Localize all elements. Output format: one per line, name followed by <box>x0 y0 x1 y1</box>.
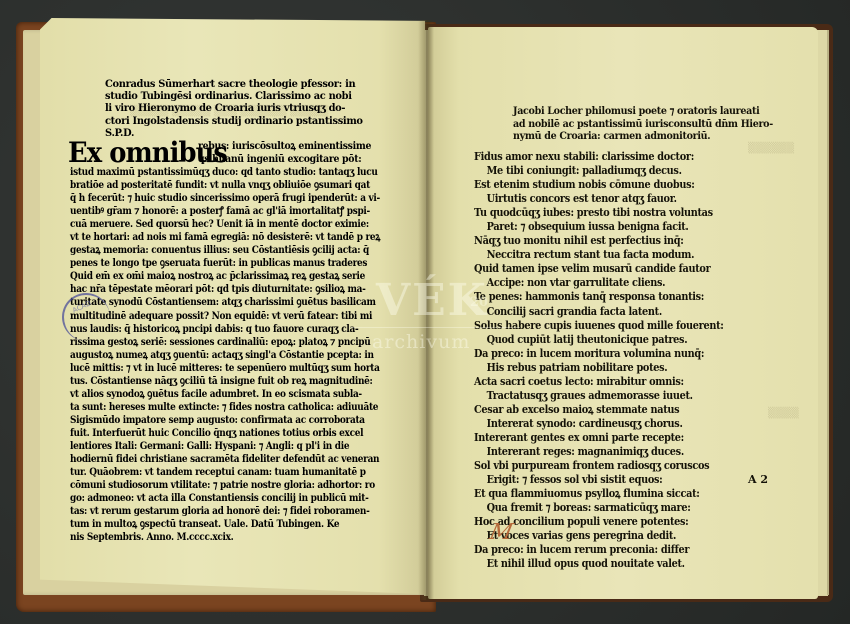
text-line: tas: vt rerum gestarum gloria ad honorē … <box>70 505 380 518</box>
text-line: tum in multoꝝ ꝯspectū transeat. Uale. Da… <box>70 518 380 531</box>
verse-line: Te penes: hammonis tanq̄ responsa tonant… <box>474 290 724 304</box>
book-gutter <box>418 20 434 600</box>
verse-line: Fidus amor nexu stabili: clarissime doct… <box>474 150 724 164</box>
text-line: qs hūanū ingeniū excogitare pōt: <box>198 153 371 166</box>
verse-line: Neccitra rectum stant tua facta modum. <box>474 248 724 262</box>
text-line: nis Septembris. Anno. M.cccc.xcix. <box>70 531 380 544</box>
heading-line: nymū de Croaria: carmen admonitoriū. <box>513 130 773 143</box>
verse-line: Et qua flammiuomus psylloꝝ flumina sicca… <box>474 487 724 501</box>
verse-line: His rebus patriam nobilitare potes. <box>474 361 724 375</box>
text-line: gestaꝝ memoria: conuentus illius: seu Cō… <box>70 244 380 257</box>
text-line: cōmuni studiosorum vtilitate: ⁊ patrie n… <box>70 479 380 492</box>
verse-line: Concilij sacri grandia facta latent. <box>474 305 724 319</box>
verse-line: Tractatusqʒ graues admemorasse iuuet. <box>474 389 724 403</box>
text-line: turitate synodū Cōstantiensem: atqʒ char… <box>70 296 380 309</box>
text-line: hac nr̄a tēpestate mēorari pōt: qd tpis … <box>70 283 380 296</box>
letter-heading: Conradus Sūmerhart sacre theologie pfess… <box>105 78 363 139</box>
text-line: hodiernū fidei christiane sacramēta fide… <box>70 453 380 466</box>
text-line: uentibꝰ gr̄am ⁊ honorē: a posterꝭ famā a… <box>70 205 380 218</box>
verse-line: Me tibi coniungit: palladiumqʒ decus. <box>474 164 724 178</box>
text-line: Quid em̄ ex om̄i maioꝝ nostroꝝ ac p̄clar… <box>70 270 380 283</box>
incipit-continuation: rebus: iuriscōsultoꝝ eminentissime qs hū… <box>198 140 371 166</box>
heading-line: li viro Hieronymo de Croaria iuris vtriu… <box>105 102 363 114</box>
right-page: ▒▒▒▒▒▒ ▒▒▒▒ Jacobi Locher philomusi poet… <box>428 27 818 599</box>
verse-line: Sol vbi purpuream frontem radiosqʒ corus… <box>474 459 724 473</box>
stamp-text: ACAD <box>71 299 92 315</box>
verse-line: Intererant reges: magnanimiqʒ duces. <box>474 445 724 459</box>
verse-line: Acta sacri coetus lecto: mirabitur omnis… <box>474 375 724 389</box>
text-line: nus laudis: q̄ historicoꝝ pncipi dabis: … <box>70 323 380 336</box>
text-line: fuit. Interfuerūt huic Concilio q̄nqʒ na… <box>70 427 380 440</box>
verse-line: Da preco: in lucem moritura volumina nun… <box>474 347 724 361</box>
book-photograph: ▒▒▒▒▒ ▒▒▒▒▒ ▒▒▒ ▒▒▒▒▒▒ ▒▒▒▒▒ Conradus Sū… <box>0 0 850 624</box>
verse-line: Erigit: ⁊ fessos sol vbi sistit equos: <box>474 473 724 487</box>
text-line: ta sunt: hereses multe extincte: ⁊ fides… <box>70 401 380 414</box>
text-line: vt alios synodoꝝ ꝯuētus facile adumbret.… <box>70 388 380 401</box>
verse-line: Quid tamen ipse velim musarū candide fau… <box>474 262 724 276</box>
pencil-shelfmark: M <box>487 520 515 545</box>
text-line: q̄ h fecerūt: ⁊ huic studio sincerissimo… <box>70 192 380 205</box>
text-line: penes te longo tpe ꝯseruata fuerūt: in p… <box>70 257 380 270</box>
text-line: rebus: iuriscōsultoꝝ eminentissime <box>198 140 371 153</box>
verse-line: Quod cupiūt latij theutonicique patres. <box>474 333 724 347</box>
verse-line: Uirtutis concors est tenor atqʒ fauor. <box>474 192 724 206</box>
verse-line: Nāqʒ tuo monitu nihil est perfectius inq… <box>474 234 724 248</box>
verse-line: Da preco: in lucem rerum preconia: diffe… <box>474 543 724 557</box>
letter-body: istud maximū pstantissimūqʒ duco: qd tan… <box>70 166 380 544</box>
text-line: vt te hortari: ad nois mi famā egregiā: … <box>70 231 380 244</box>
text-line: lentiores Itali: Germani: Galli: Hyspani… <box>70 440 380 453</box>
library-stamp-icon: ACAD <box>62 293 110 341</box>
text-line: augustoꝝ numeꝝ atqʒ ꝯuentū: actaqʒ singl… <box>70 349 380 362</box>
signature-mark: A 2 <box>748 473 768 486</box>
text-line: lucē mittis: ⁊ vt in lucē mitteres: te s… <box>70 362 380 375</box>
verse-line: Qua fremit ⁊ boreas: sarmaticūqʒ mare: <box>474 501 724 515</box>
text-line: go: admoneo: vt acta illa Constantiensis… <box>70 492 380 505</box>
verse-line: Et nihil illud opus quod nouitate valet. <box>474 557 724 571</box>
text-line: tus. Cōstantiense nāqʒ ꝯciliū tā insigne… <box>70 375 380 388</box>
right-show-through: ▒▒▒▒ <box>768 407 799 420</box>
verse-line: Paret: ⁊ obsequium iussa benigna facit. <box>474 220 724 234</box>
verse-line: Intererat synodo: cardineusqʒ chorus. <box>474 417 724 431</box>
verse-line: Solus habere cupis iuuenes quod mille fo… <box>474 319 724 333</box>
text-line: istud maximū pstantissimūqʒ duco: qd tan… <box>70 166 380 179</box>
text-line: multitudinē adequare possit? Non equidē:… <box>70 310 380 323</box>
text-line: Sigismūdo impatore semp augusto: confirm… <box>70 414 380 427</box>
text-line: bratiōe ad posteritatē fundit: vt nulla … <box>70 179 380 192</box>
verse-line: Est etenim studium nobis cōmune duobus: <box>474 178 724 192</box>
right-show-through: ▒▒▒▒▒▒ <box>748 142 794 155</box>
heading-line: studio Tubingēsi ordinarius. Clarissimo … <box>105 90 363 102</box>
text-line: tur. Quāobrem: vt tandem receptui canam:… <box>70 466 380 479</box>
verse-line: Tu quodcūqʒ iubes: presto tibi nostra vo… <box>474 206 724 220</box>
text-line: cuā meruere. Sed quorsū hec? Uenit iā in… <box>70 218 380 231</box>
verse-line: Intererant gentes ex omni parte recepte: <box>474 431 724 445</box>
verse-line: Accipe: non vtar garrulitate cliens. <box>474 276 724 290</box>
poem-heading: Jacobi Locher philomusi poete ⁊ oratoris… <box>513 105 773 143</box>
poem-body: Fidus amor nexu stabili: clarissime doct… <box>474 150 724 571</box>
heading-line: Jacobi Locher philomusi poete ⁊ oratoris… <box>513 105 773 118</box>
text-line: rissima gestoꝝ seriē: sessiones cardinal… <box>70 336 380 349</box>
heading-line: ad nobilē ac pstantissimū iurisconsultū … <box>513 118 773 131</box>
heading-line: ctori Ingolstadensis studij ordinario ps… <box>105 115 363 127</box>
verse-line: Cesar ab excelso maioꝝ stemmate natus <box>474 403 724 417</box>
heading-line: Conradus Sūmerhart sacre theologie pfess… <box>105 78 363 90</box>
